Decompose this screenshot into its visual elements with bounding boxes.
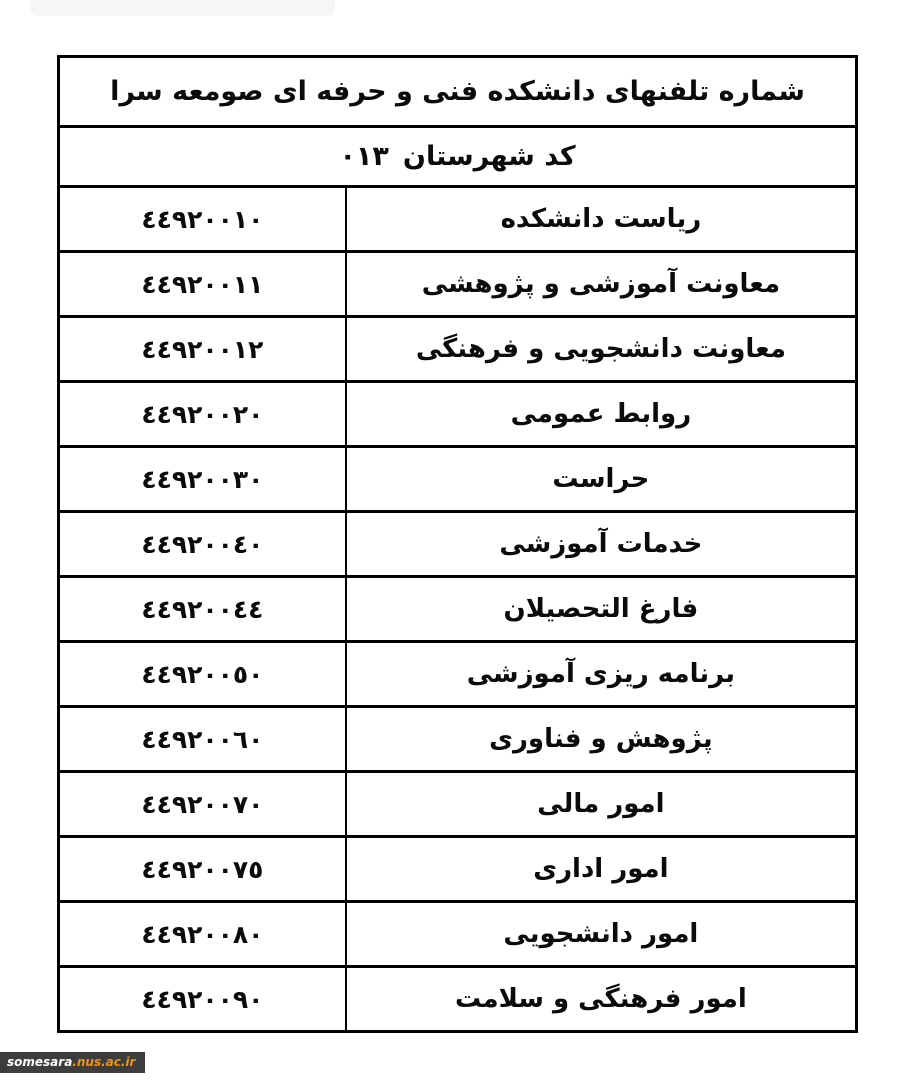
department-name: خدمات آموزشی (346, 512, 857, 577)
table-row: امور دانشجویی ٤٤٩٢٠٠٨٠ (59, 902, 857, 967)
phone-number: ٤٤٩٢٠٠٤٠ (59, 512, 346, 577)
table-row: امور فرهنگی و سلامت ٤٤٩٢٠٠٩٠ (59, 967, 857, 1032)
table-row: برنامه ریزی آموزشی ٤٤٩٢٠٠٥٠ (59, 642, 857, 707)
scan-top-strip-artifact (30, 0, 335, 16)
city-code-row: کد شهرستان٠١٣ (59, 127, 857, 187)
department-name: معاونت دانشجویی و فرهنگی (346, 317, 857, 382)
table-row: پژوهش و فناوری ٤٤٩٢٠٠٦٠ (59, 707, 857, 772)
table-row: خدمات آموزشی ٤٤٩٢٠٠٤٠ (59, 512, 857, 577)
department-name: امور اداری (346, 837, 857, 902)
city-code-cell: کد شهرستان٠١٣ (59, 127, 857, 187)
phone-number: ٤٤٩٢٠٠١١ (59, 252, 346, 317)
department-name: حراست (346, 447, 857, 512)
table-row: حراست ٤٤٩٢٠٠٣٠ (59, 447, 857, 512)
table-row: فارغ التحصیلان ٤٤٩٢٠٠٤٤ (59, 577, 857, 642)
watermark-domain: .nus.ac.ir (72, 1055, 135, 1069)
phone-number: ٤٤٩٢٠٠٧٥ (59, 837, 346, 902)
department-name: فارغ التحصیلان (346, 577, 857, 642)
phone-number: ٤٤٩٢٠٠٧٠ (59, 772, 346, 837)
city-code-value: ٠١٣ (339, 141, 388, 172)
phone-directory-body: شماره تلفنهای دانشکده فنی و حرفه ای صومع… (59, 57, 857, 1032)
table-row: امور اداری ٤٤٩٢٠٠٧٥ (59, 837, 857, 902)
table-row: معاونت دانشجویی و فرهنگی ٤٤٩٢٠٠١٢ (59, 317, 857, 382)
phone-number: ٤٤٩٢٠٠٥٠ (59, 642, 346, 707)
phone-number: ٤٤٩٢٠٠٣٠ (59, 447, 346, 512)
department-name: روابط عمومی (346, 382, 857, 447)
department-name: معاونت آموزشی و پژوهشی (346, 252, 857, 317)
phone-number: ٤٤٩٢٠٠٩٠ (59, 967, 346, 1032)
phone-number: ٤٤٩٢٠٠٢٠ (59, 382, 346, 447)
table-row: ریاست دانشکده ٤٤٩٢٠٠١٠ (59, 187, 857, 252)
department-name: امور دانشجویی (346, 902, 857, 967)
table-row: روابط عمومی ٤٤٩٢٠٠٢٠ (59, 382, 857, 447)
phone-number: ٤٤٩٢٠٠١٠ (59, 187, 346, 252)
department-name: پژوهش و فناوری (346, 707, 857, 772)
phone-number: ٤٤٩٢٠٠٨٠ (59, 902, 346, 967)
watermark-site-name: somesara (7, 1055, 72, 1069)
table-row: معاونت آموزشی و پژوهشی ٤٤٩٢٠٠١١ (59, 252, 857, 317)
table-title-row: شماره تلفنهای دانشکده فنی و حرفه ای صومع… (59, 57, 857, 127)
department-name: برنامه ریزی آموزشی (346, 642, 857, 707)
site-watermark: somesara.nus.ac.ir (0, 1052, 145, 1073)
phone-directory-table: شماره تلفنهای دانشکده فنی و حرفه ای صومع… (57, 55, 858, 1033)
department-name: امور مالی (346, 772, 857, 837)
phone-number: ٤٤٩٢٠٠٤٤ (59, 577, 346, 642)
phone-number: ٤٤٩٢٠٠١٢ (59, 317, 346, 382)
city-code-label: کد شهرستان (403, 141, 576, 172)
phone-number: ٤٤٩٢٠٠٦٠ (59, 707, 346, 772)
table-row: امور مالی ٤٤٩٢٠٠٧٠ (59, 772, 857, 837)
department-name: امور فرهنگی و سلامت (346, 967, 857, 1032)
table-title: شماره تلفنهای دانشکده فنی و حرفه ای صومع… (59, 57, 857, 127)
department-name: ریاست دانشکده (346, 187, 857, 252)
